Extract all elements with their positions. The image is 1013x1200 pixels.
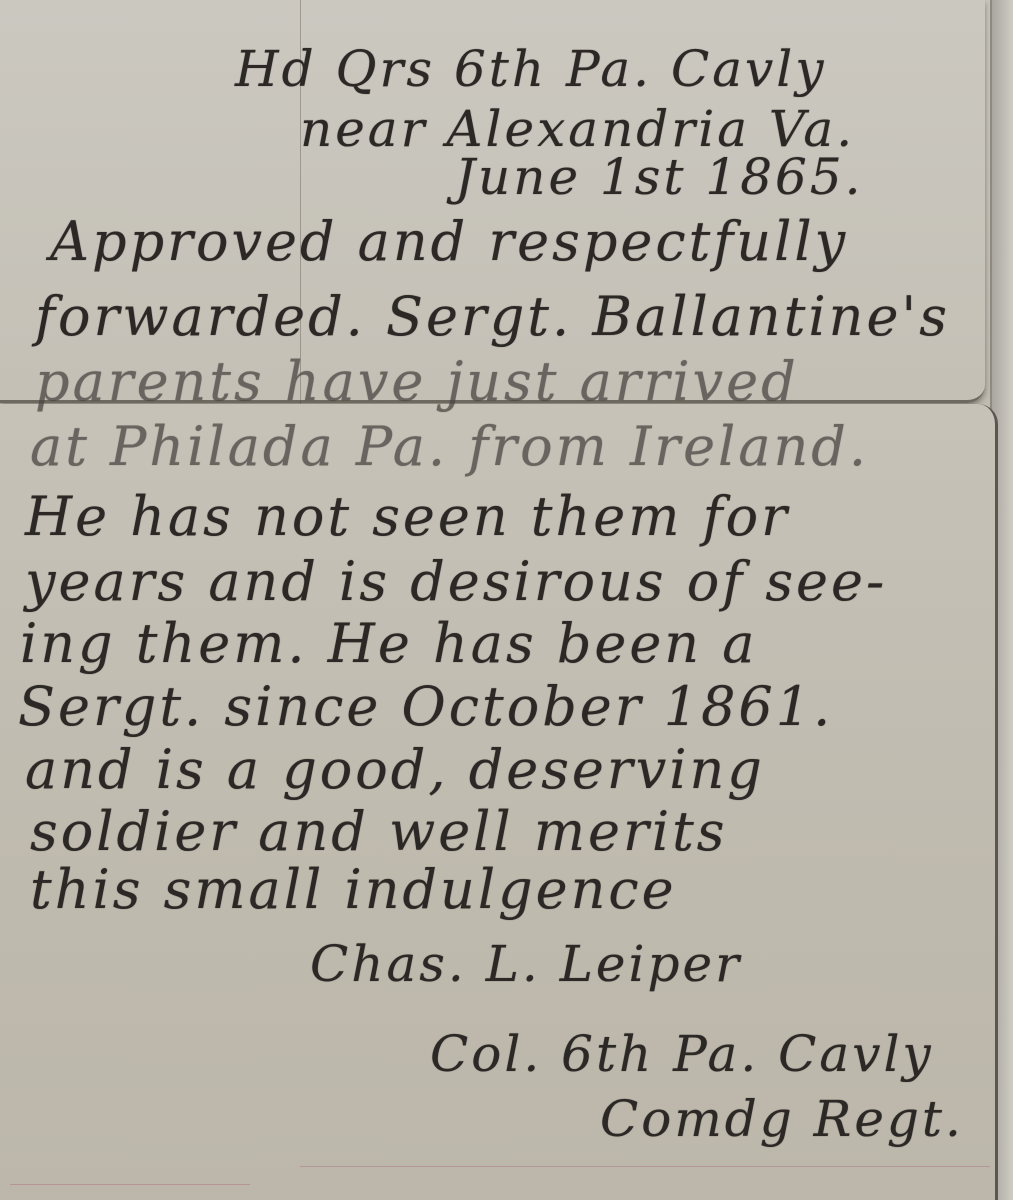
heading-line-3: June 1st 1865. — [455, 148, 864, 206]
signature-title: Col. 6th Pa. Cavly — [430, 1025, 934, 1083]
body-line: ing them. He has been a — [20, 612, 757, 675]
body-line: at Philada Pa. from Ireland. — [30, 415, 869, 478]
body-line: soldier and well merits — [30, 800, 728, 863]
body-line: forwarded. Sergt. Ballantine's — [35, 285, 950, 348]
heading-line-1: Hd Qrs 6th Pa. Cavly — [235, 40, 827, 98]
body-line: Approved and respectfully — [50, 210, 848, 273]
signature-name: Chas. L. Leiper — [310, 935, 742, 993]
body-line: this small indulgence — [30, 858, 677, 921]
body-line: parents have just arrived — [35, 350, 799, 413]
body-line: and is a good, deserving — [25, 738, 765, 801]
body-line: Sergt. since October 1861. — [18, 675, 833, 738]
signature-role: Comdg Regt. — [600, 1090, 964, 1148]
ruled-line — [300, 1166, 990, 1167]
letter-sheet: Hd Qrs 6th Pa. Cavly near Alexandria Va.… — [0, 0, 990, 1200]
body-line: He has not seen them for — [25, 485, 790, 548]
body-line: years and is desirous of see- — [25, 550, 887, 613]
ruled-line — [10, 1184, 250, 1185]
